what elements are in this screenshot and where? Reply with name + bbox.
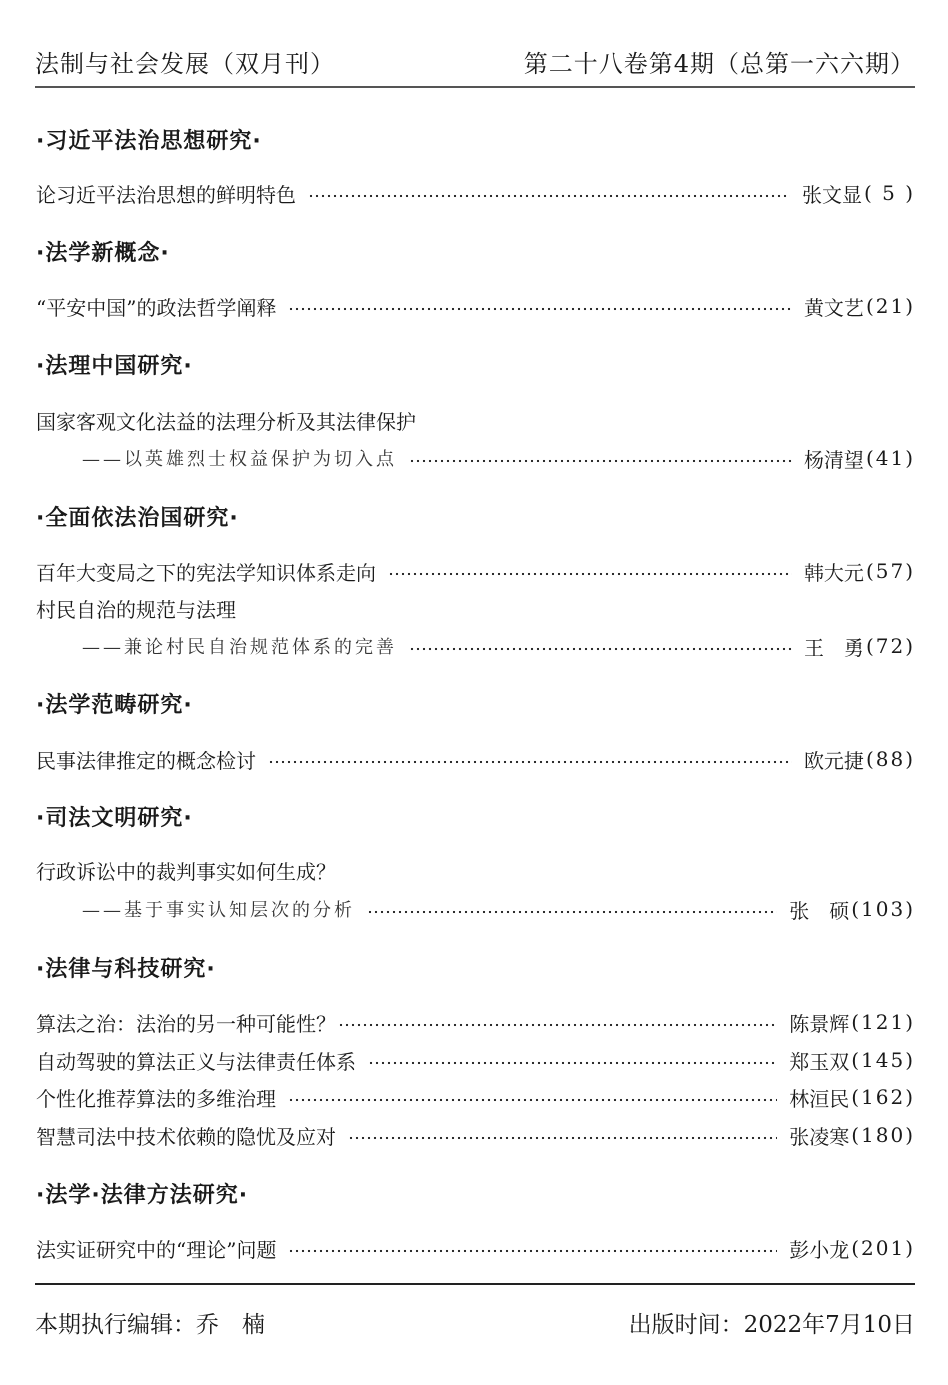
page-number: (162)	[851, 1085, 915, 1109]
article-subtitle: ——以英雄烈士权益保护为切入点	[82, 445, 397, 471]
page-number: (180)	[851, 1123, 915, 1147]
article-author: 张文显	[802, 179, 862, 208]
page-number: (145)	[851, 1048, 915, 1072]
article-author: 韩大元	[804, 557, 864, 586]
toc-entry[interactable]: ——以英雄烈士权益保护为切入点 杨清望 (41)	[82, 443, 915, 473]
section-heading: ·法学新概念·	[36, 236, 170, 267]
page-number: (72)	[866, 634, 915, 658]
section-heading: ·法学·法律方法研究·	[36, 1178, 248, 1209]
article-title[interactable]: 村民自治的规范与法理	[36, 594, 236, 623]
article-title: “平安中国”的政法哲学阐释	[36, 292, 276, 321]
toc-entry[interactable]: 百年大变局之下的宪法学知识体系走向 韩大元 (57)	[36, 556, 915, 586]
article-title: 民事法律推定的概念检讨	[36, 745, 256, 774]
toc-entry[interactable]: 个性化推荐算法的多维治理 林洹民 (162)	[36, 1082, 915, 1112]
article-title: 百年大变局之下的宪法学知识体系走向	[36, 557, 376, 586]
article-author: 彭小龙	[789, 1234, 849, 1263]
header-divider	[35, 86, 915, 88]
dot-leader	[338, 1023, 777, 1027]
section-heading: ·法理中国研究·	[36, 349, 193, 380]
dot-leader	[348, 1136, 777, 1140]
dot-leader	[268, 760, 792, 764]
page-number: (21)	[866, 294, 915, 318]
toc-entry[interactable]: ——兼论村民自治规范体系的完善 王 勇 (72)	[82, 631, 915, 661]
dot-leader	[409, 647, 792, 651]
journal-title: 法制与社会发展（双月刊）	[35, 44, 335, 79]
dot-leader	[388, 572, 792, 576]
article-author: 张 硕	[789, 895, 849, 924]
page-number: (88)	[866, 747, 915, 771]
section-heading: ·法律与科技研究·	[36, 952, 216, 983]
publish-date: 出版时间：2022年7月10日	[629, 1306, 915, 1339]
article-subtitle: ——兼论村民自治规范体系的完善	[82, 633, 397, 659]
article-author: 张凌寒	[789, 1121, 849, 1150]
toc-entry[interactable]: “平安中国”的政法哲学阐释 黄文艺 (21)	[36, 291, 915, 321]
article-author: 杨清望	[804, 444, 864, 473]
article-subtitle: ——基于事实认知层次的分析	[82, 896, 355, 922]
article-title: 论习近平法治思想的鲜明特色	[36, 179, 296, 208]
dot-leader	[409, 459, 792, 463]
toc-entry[interactable]: 论习近平法治思想的鲜明特色 张文显 ( 5 )	[36, 178, 915, 208]
article-author: 王 勇	[804, 632, 864, 661]
toc-entry[interactable]: 法实证研究中的“理论”问题 彭小龙 (201)	[36, 1233, 915, 1263]
issue-info: 第二十八卷第4期（总第一六六期）	[524, 44, 915, 79]
toc-entry[interactable]: 自动驾驶的算法正义与法律责任体系 郑玉双 (145)	[36, 1045, 915, 1075]
dot-leader	[288, 1249, 777, 1253]
footer-divider	[35, 1283, 915, 1285]
journal-header: 法制与社会发展（双月刊） 第二十八卷第4期（总第一六六期）	[35, 44, 915, 86]
article-title[interactable]: 行政诉讼中的裁判事实如何生成？	[36, 856, 336, 885]
article-author: 欧元捷	[804, 745, 864, 774]
article-author: 陈景辉	[789, 1008, 849, 1037]
article-author: 郑玉双	[789, 1046, 849, 1075]
page-number: (201)	[851, 1236, 915, 1260]
page-number: (41)	[866, 446, 915, 470]
article-title[interactable]: 国家客观文化法益的法理分析及其法律保护	[36, 406, 416, 435]
article-title: 个性化推荐算法的多维治理	[36, 1083, 276, 1112]
dot-leader	[308, 194, 790, 198]
article-title: 法实证研究中的“理论”问题	[36, 1234, 276, 1263]
article-title: 智慧司法中技术依赖的隐忧及应对	[36, 1121, 336, 1150]
toc-entry[interactable]: 算法之治：法治的另一种可能性？ 陈景辉 (121)	[36, 1007, 915, 1037]
article-title: 算法之治：法治的另一种可能性？	[36, 1008, 336, 1037]
dot-leader	[367, 910, 777, 914]
toc-entry[interactable]: ——基于事实认知层次的分析 张 硕 (103)	[82, 894, 915, 924]
page-number: ( 5 )	[864, 181, 915, 205]
page-footer: 本期执行编辑：乔 楠 出版时间：2022年7月10日	[35, 1306, 915, 1339]
page-number: (57)	[866, 559, 915, 583]
dot-leader	[288, 307, 791, 311]
executive-editor: 本期执行编辑：乔 楠	[35, 1306, 265, 1339]
section-heading: ·法学范畴研究·	[36, 688, 193, 719]
section-heading: ·全面依法治国研究·	[36, 501, 239, 532]
section-heading: ·习近平法治思想研究·	[36, 124, 262, 155]
toc-entry[interactable]: 民事法律推定的概念检讨 欧元捷 (88)	[36, 744, 915, 774]
article-author: 黄文艺	[804, 292, 864, 321]
section-heading: ·司法文明研究·	[36, 801, 193, 832]
page-number: (103)	[851, 897, 915, 921]
toc-entry[interactable]: 智慧司法中技术依赖的隐忧及应对 张凌寒 (180)	[36, 1120, 915, 1150]
article-author: 林洹民	[789, 1083, 849, 1112]
dot-leader	[288, 1098, 777, 1102]
dot-leader	[368, 1061, 777, 1065]
article-title: 自动驾驶的算法正义与法律责任体系	[36, 1046, 356, 1075]
page-number: (121)	[851, 1010, 915, 1034]
